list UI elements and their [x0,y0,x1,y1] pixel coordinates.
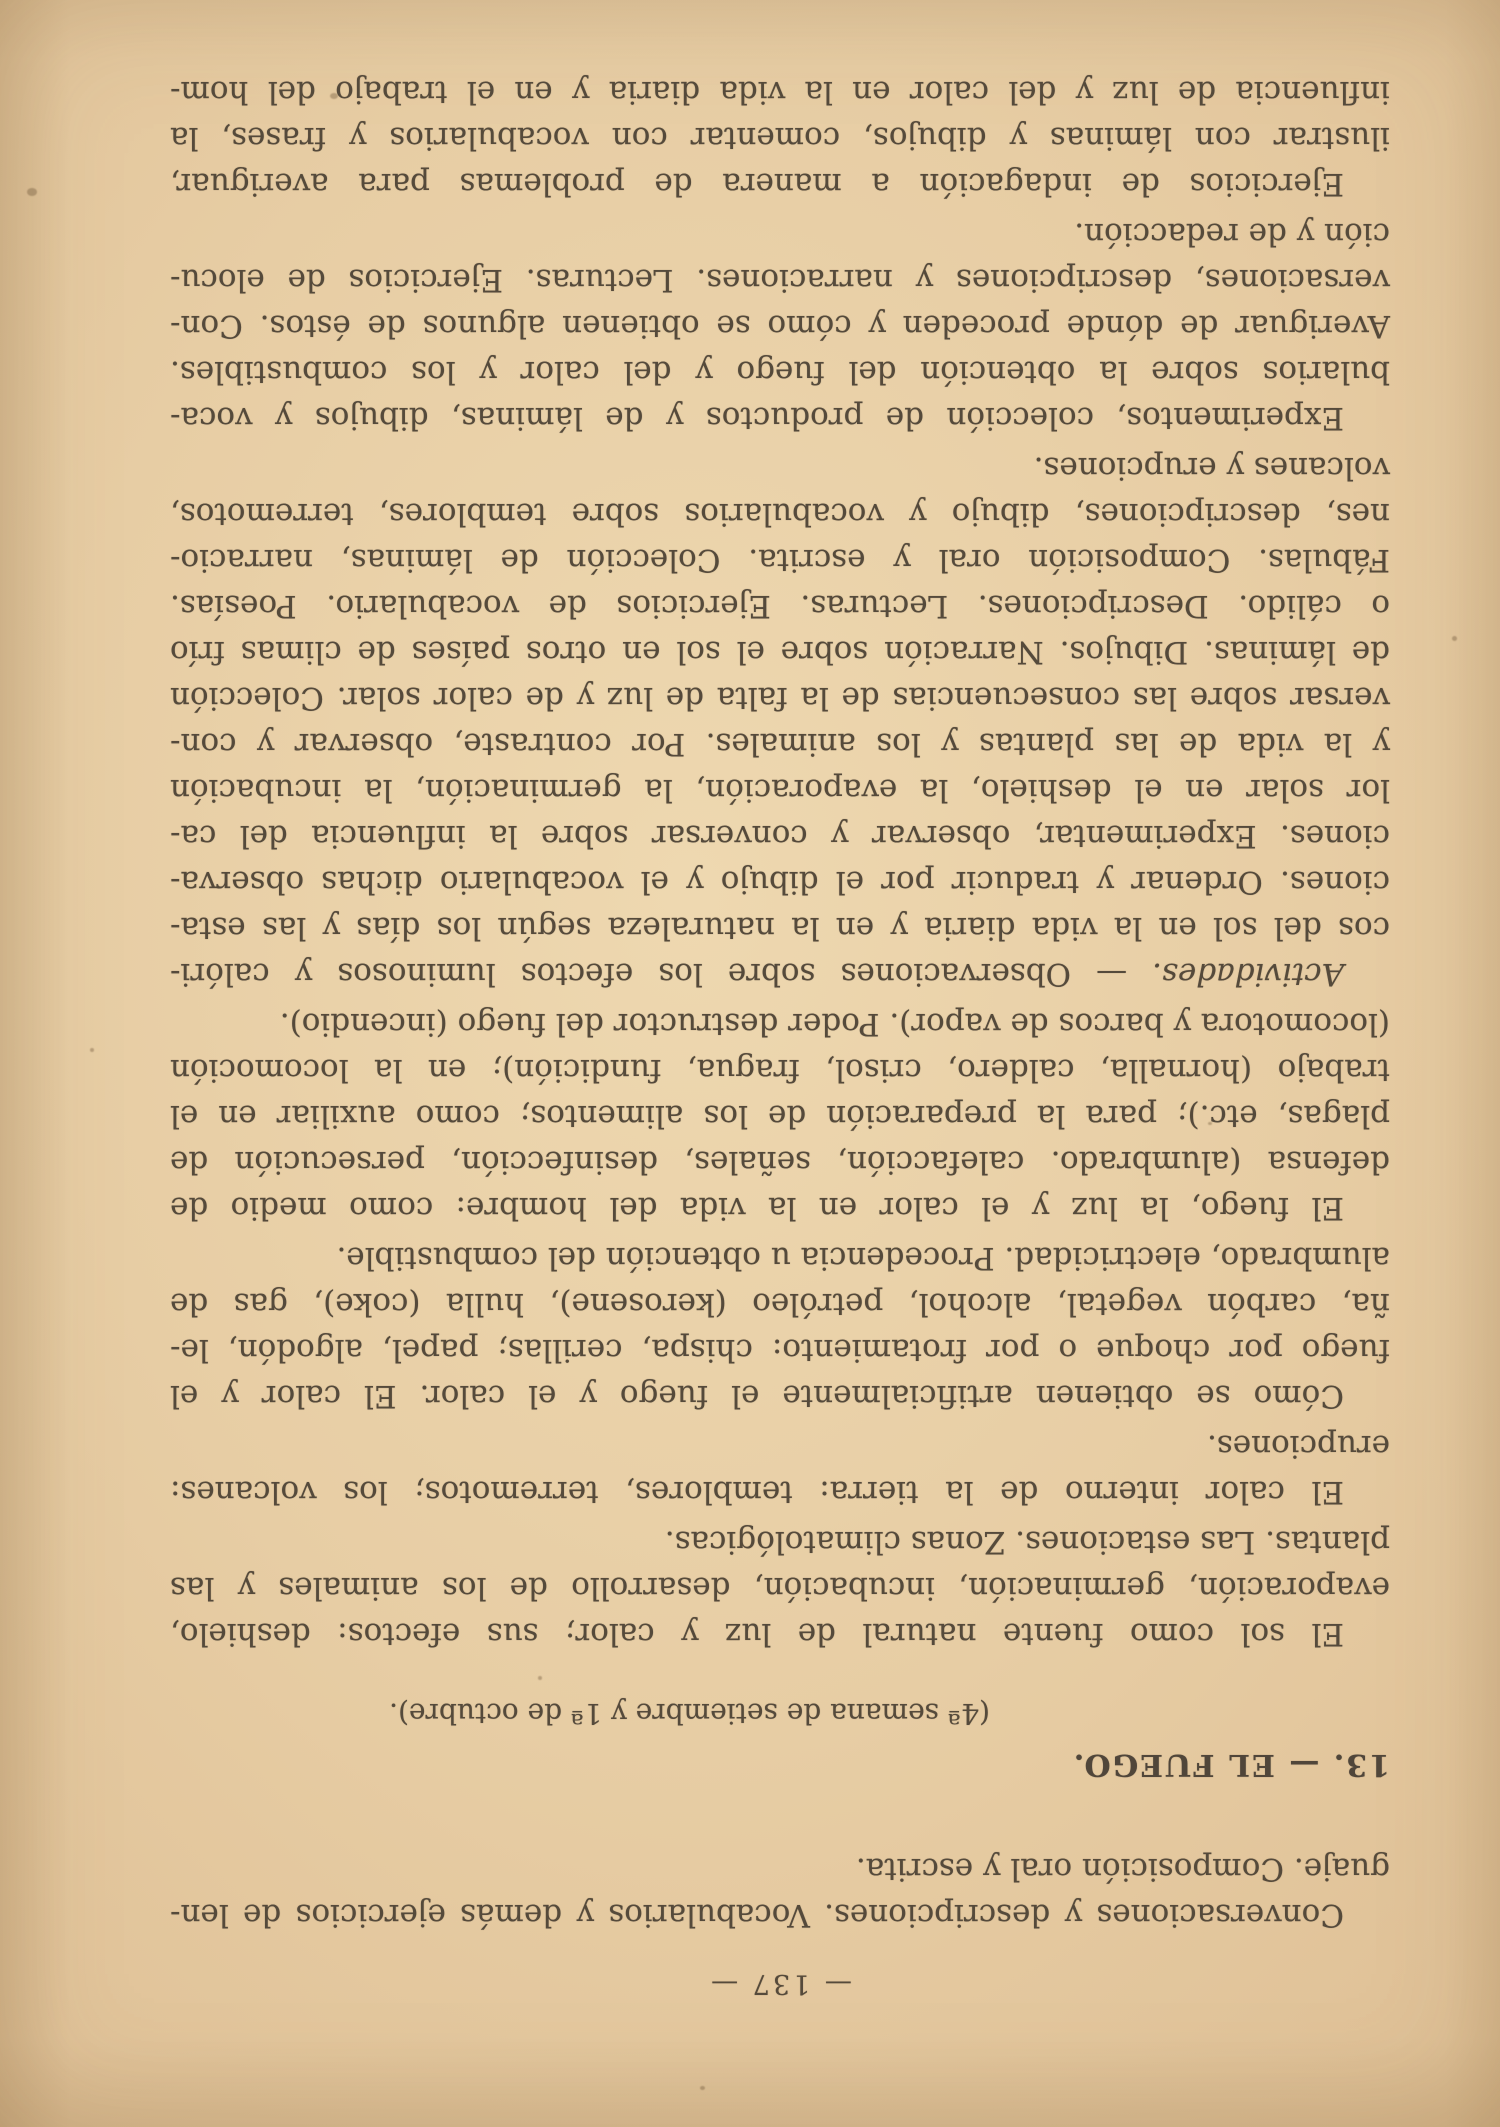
text-line: El sol como fuente natural de luz y calo… [170,1611,1390,1657]
text-line: plagas, etc.); para la preparación de lo… [170,1093,1390,1139]
paragraph: Cómo se obtienen artificialmente el fueg… [170,1235,1390,1419]
paragraph: El sol como fuente natural de luz y calo… [170,1519,1390,1657]
text-line: guaje. Composición oral y escrita. [170,1846,1390,1892]
paragraph: Actividades. — Observaciones sobre los e… [170,445,1390,997]
paragraph: El calor interno de la tierra: temblores… [170,1423,1390,1515]
section-date-note: (4ª semana de setiembre y 1ª de octubre)… [170,1697,990,1730]
text-line: y la vida de las plantas y los animales.… [170,721,1390,767]
text-line: El fuego, la luz y el calor en la vida d… [170,1185,1390,1231]
text-line: volcanes y erupciones. [170,445,1390,491]
text-line: versar sobre las consecuencias de la fal… [170,675,1390,721]
paragraph: Conversaciones y descripciones. Vocabula… [170,1846,1390,1938]
italic-lead-word: Actividades. [1152,956,1344,992]
text-line: alumbrado, electricidad. Procedencia u o… [170,1235,1390,1281]
text-line: Ejercicios de indagación a manera de pro… [170,161,1390,207]
text-line: lor solar en el deshielo, la evaporación… [170,767,1390,813]
text-line: trabajo (hornalla, caldero, crisol, frag… [170,1047,1390,1093]
paragraph: El fuego, la luz y el calor en la vida d… [170,1001,1390,1231]
body-text: El sol como fuente natural de luz y calo… [170,69,1390,1657]
paragraph: Experimentos, colección de productos y d… [170,211,1390,441]
scanned-book-page: — 137 — Conversaciones y descripciones. … [0,0,1500,2127]
text-line: nes, descripciones, dibujo y vocabulario… [170,491,1390,537]
text-line: evaporación, germinación, incubación, de… [170,1565,1390,1611]
text-line: Cómo se obtienen artificialmente el fueg… [170,1373,1390,1419]
text-line: erupciones. [170,1423,1390,1469]
text-line: cos del sol en la vida diaria y en la na… [170,905,1390,951]
paragraph: Ejercicios de indagación a manera de pro… [170,69,1390,207]
text-line: fuego por choque o por frotamiento: chis… [170,1327,1390,1373]
text-line: Fábulas. Composición oral y escrita. Col… [170,537,1390,583]
text-line: plantas. Las estaciones. Zonas climatoló… [170,1519,1390,1565]
text-line: bularios sobre la obtención del fuego y … [170,349,1390,395]
text-line: o cálido. Descripciones. Lecturas. Ejerc… [170,583,1390,629]
text-line: ciones. Experimentar, observar y convers… [170,813,1390,859]
text-line: ción y de redacción. [170,211,1390,257]
text-line: defensa (alumbrado. calefacción, señales… [170,1139,1390,1185]
intro-paragraph: Conversaciones y descripciones. Vocabula… [170,1846,1390,1938]
text-line: ilustrar con láminas y dibujos, comentar… [170,115,1390,161]
page-number: — 137 — [170,1968,1390,1999]
text-line: Actividades. — Observaciones sobre los e… [170,951,1390,997]
text-line: El calor interno de la tierra: temblores… [170,1469,1390,1515]
text-line: de láminas. Dibujos. Narración sobre el … [170,629,1390,675]
text-line: Conversaciones y descripciones. Vocabula… [170,1892,1390,1938]
text-line: ña, carbón vegetal, alcohol, petróleo (k… [170,1281,1390,1327]
text-line: Experimentos, colección de productos y d… [170,395,1390,441]
text-line: versaciones, descripciones y narraciones… [170,257,1390,303]
section-heading: 13. — EL FUEGO. [170,1747,1390,1782]
text-line: (locomotora y barcos de vapor). Poder de… [170,1001,1390,1047]
text-line: influencia de luz y del calor en la vida… [170,69,1390,115]
text-line: ciones. Ordenar y traducir por el dibujo… [170,859,1390,905]
upside-down-page-content: — 137 — Conversaciones y descripciones. … [0,0,1500,2127]
text-line: Averiguar de dónde proceden y cómo se ob… [170,303,1390,349]
